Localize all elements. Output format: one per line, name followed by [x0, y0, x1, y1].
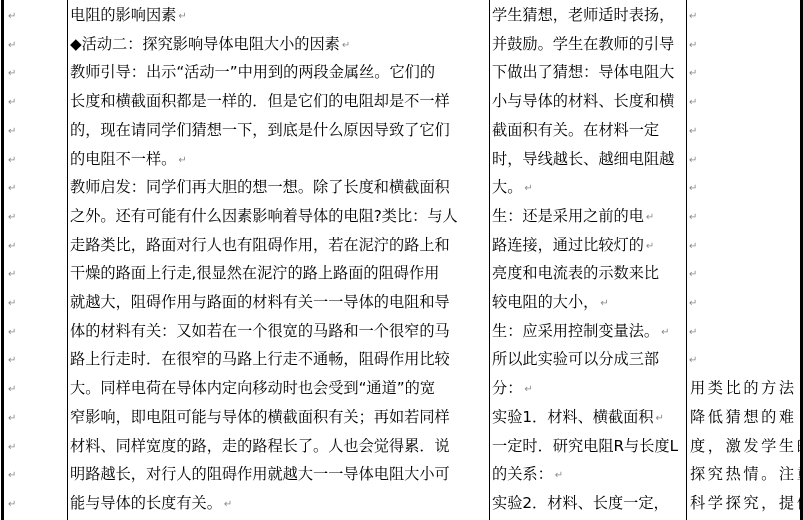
teaching-process-text: 体的材料有关：又如若在一个很宽的马路和一个很窄的马	[70, 322, 450, 340]
paragraph-return-mark-icon: ↵	[646, 241, 654, 252]
teaching-process-line: 教师引导：出示“活动一”中用到的两段金属丝。它们的	[70, 58, 435, 86]
paragraph-return-mark-icon: ↵	[646, 212, 654, 223]
student-activity-line: 并鼓励。学生在教师的引导	[492, 30, 674, 58]
teaching-process-line: 长度和横截面积都是一样的．但是它们的电阻却是不一样	[70, 87, 450, 115]
paragraph-return-mark-icon: ↵	[8, 212, 16, 223]
left-margin-line: ↵	[8, 374, 16, 402]
left-margin-line: ↵	[8, 87, 16, 115]
left-margin-line: ↵	[8, 288, 16, 316]
student-activity-text: 亮度和电流表的示数来比	[492, 264, 659, 282]
teaching-process-text: 材料、同样宽度的路，走的路程长了。人也会觉得累．说	[70, 437, 450, 455]
left-margin-line: ↵	[8, 317, 16, 345]
student-activity-text: 一定时．研究电阻R与长度L	[492, 437, 678, 455]
student-activity-line: 较电阻的大小，↵	[492, 288, 609, 316]
design-intent-text: 降低猜想的难	[690, 408, 797, 426]
teaching-process-text: 能与导体的长度有关。	[70, 494, 222, 512]
paragraph-return-mark-icon: ↵	[656, 413, 664, 424]
paragraph-return-mark-icon: ↵	[8, 499, 16, 510]
paragraph-return-mark-icon: ↵	[8, 442, 16, 453]
paragraph-return-mark-icon: ↵	[8, 97, 16, 108]
student-activity-text: 所以此实验可以分成三部	[492, 350, 659, 368]
teaching-process-line: 电阻的影响因素↵	[70, 1, 187, 29]
teaching-process-text: 长度和横截面积都是一样的．但是它们的电阻却是不一样	[70, 92, 450, 110]
left-margin-line: ↵	[8, 58, 16, 86]
teaching-process-line: 教师启发：同学们再大胆的想一想。除了长度和横截面积	[70, 173, 450, 201]
student-activity-line: 生：应采用控制变量法。↵	[492, 317, 669, 345]
student-activity-line: 学生猜想，老师适时表扬，	[492, 1, 674, 29]
paragraph-return-mark-icon: ↵	[600, 298, 608, 309]
left-margin-line: ↵	[8, 145, 16, 173]
paragraph-return-mark-icon: ↵	[8, 327, 16, 338]
teaching-process-text: 走路类比，路面对行人也有阻碍作用，若在泥泞的路上和	[70, 236, 450, 254]
student-activity-text: 大。	[492, 178, 522, 196]
left-margin-line: ↵	[8, 30, 16, 58]
paragraph-return-mark-icon: ↵	[555, 470, 563, 481]
student-activity-text: 分：	[492, 379, 522, 397]
paragraph-return-mark-icon: ↵	[8, 470, 16, 481]
student-activity-text: 时，导线越长、越细电阻越	[492, 150, 674, 168]
teaching-process-line: 走路类比，路面对行人也有阻碍作用，若在泥泞的路上和	[70, 231, 450, 259]
student-activity-text: 下做出了猜想：导体电阻大	[492, 63, 674, 81]
design-intent-text: 科学探究，提倡	[690, 494, 800, 512]
paragraph-return-mark-icon: ↵	[8, 126, 16, 137]
teaching-process-line: 体的材料有关：又如若在一个很宽的马路和一个很窄的马	[70, 317, 450, 345]
teaching-process-text: 明路越长，对行人的阻碍作用就越大一一导体电阻大小可	[70, 465, 450, 483]
student-activity-text: 实验2．材料、长度一定，	[492, 494, 669, 512]
paragraph-return-mark-icon: ↵	[178, 155, 186, 166]
teaching-process-line: 明路越长，对行人的阻碍作用就越大一一导体电阻大小可	[70, 460, 450, 488]
design-intent-line: 用类比的方法	[690, 374, 797, 402]
student-activity-line: 所以此实验可以分成三部	[492, 345, 659, 373]
left-margin-line: ↵	[8, 173, 16, 201]
left-margin-line: ↵	[8, 489, 16, 517]
teaching-process-text: 干燥的路面上行走,很显然在泥泞的路上路面的阻碍作用	[70, 264, 439, 282]
paragraph-return-mark-icon: ↵	[524, 183, 532, 194]
teaching-process-line: 干燥的路面上行走,很显然在泥泞的路上路面的阻碍作用	[70, 259, 439, 287]
paragraph-return-mark-icon: ↵	[8, 298, 16, 309]
paragraph-return-mark-icon: ↵	[8, 241, 16, 252]
student-activity-line: 截面积有关。在材料一定	[492, 116, 659, 144]
student-activity-text: 小与导体的材料、长度和横	[492, 92, 674, 110]
paragraph-return-mark-icon: ↵	[8, 413, 16, 424]
student-activity-text: 截面积有关。在材料一定	[492, 121, 659, 139]
design-intent-line: 科学探究，提倡	[690, 489, 800, 517]
left-margin-column: ↵↵↵↵↵↵↵↵↵↵↵↵↵↵↵↵↵↵	[4, 0, 66, 520]
student-activity-text: 学生猜想，老师适时表扬，	[492, 6, 674, 24]
left-margin-line: ↵	[8, 202, 16, 230]
teaching-process-text: 大。同样电荷在导体内定向移动时也会受到“通道”的宽	[70, 379, 435, 397]
teaching-process-line: 材料、同样宽度的路，走的路程长了。人也会觉得累．说	[70, 432, 450, 460]
student-activity-line: 的关系：↵	[492, 460, 563, 488]
teaching-process-text: 就越大，阻碍作用与路面的材料有关一一导体的电阻和导	[70, 293, 450, 311]
left-margin-line: ↵	[8, 116, 16, 144]
design-intent-column: 用类比的方法降低猜想的难度，激发学生的探究热情。注重科学探究，提倡	[687, 0, 800, 520]
teaching-process-text: 教师启发：同学们再大胆的想一想。除了长度和横截面积	[70, 178, 450, 196]
paragraph-return-mark-icon: ↵	[342, 40, 350, 51]
left-margin-line: ↵	[8, 432, 16, 460]
left-margin-line: ↵	[8, 259, 16, 287]
teaching-process-line: 窄影响，即电阻可能与导体的横截面积有关；再如若同样	[70, 403, 450, 431]
teaching-process-column: 电阻的影响因素↵◆活动二：探究影响导体电阻大小的因素↵教师引导：出示“活动一”中…	[68, 0, 489, 520]
left-margin-line: ↵	[8, 231, 16, 259]
student-activity-line: 分：↵	[492, 374, 533, 402]
student-activity-line: 小与导体的材料、长度和横	[492, 87, 674, 115]
teaching-process-line: 能与导体的长度有关。↵	[70, 489, 232, 517]
paragraph-return-mark-icon: ↵	[8, 155, 16, 166]
paragraph-return-mark-icon: ↵	[8, 11, 16, 22]
paragraph-return-mark-icon: ↵	[8, 269, 16, 280]
teaching-process-line: 路上行走时．在很窄的马路上行走不通畅，阻碍作用比较	[70, 345, 450, 373]
paragraph-return-mark-icon: ↵	[8, 384, 16, 395]
teaching-process-text: 之外。还有可能有什么因素影响着导体的电阻?类比：与人	[70, 207, 458, 225]
design-intent-text: 探究热情。注重	[690, 465, 800, 483]
student-activity-column: 学生猜想，老师适时表扬，并鼓励。学生在教师的引导下做出了猜想：导体电阻大小与导体…	[490, 0, 686, 520]
student-activity-text: 实验1．材料、横截面积	[492, 408, 654, 426]
paragraph-return-mark-icon: ↵	[8, 355, 16, 366]
paragraph-return-mark-icon: ↵	[524, 384, 532, 395]
teaching-process-line: 之外。还有可能有什么因素影响着导体的电阻?类比：与人	[70, 202, 458, 230]
paragraph-return-mark-icon: ↵	[8, 40, 16, 51]
student-activity-line: 一定时．研究电阻R与长度L	[492, 432, 678, 460]
student-activity-line: 时，导线越长、越细电阻越	[492, 145, 674, 173]
student-activity-line: 亮度和电流表的示数来比	[492, 259, 659, 287]
teaching-process-line: 的电阻不一样。↵	[70, 145, 187, 173]
teaching-process-line: ◆活动二：探究影响导体电阻大小的因素↵	[70, 30, 350, 58]
student-activity-text: 的关系：	[492, 465, 553, 483]
student-activity-text: 并鼓励。学生在教师的引导	[492, 35, 674, 53]
teaching-process-line: 就越大，阻碍作用与路面的材料有关一一导体的电阻和导	[70, 288, 450, 316]
student-activity-line: 实验2．材料、长度一定，	[492, 489, 669, 517]
student-activity-text: 生：应采用控制变量法。	[492, 322, 659, 340]
teaching-process-text: 的，现在请同学们猜想一下，到底是什么原因导致了它们	[70, 121, 450, 139]
paragraph-return-mark-icon: ↵	[178, 11, 186, 22]
student-activity-text: 路连接，通过比较灯的	[492, 236, 644, 254]
teaching-process-text: 窄影响，即电阻可能与导体的横截面积有关；再如若同样	[70, 408, 450, 426]
paragraph-return-mark-icon: ↵	[224, 499, 232, 510]
student-activity-line: 生：还是采用之前的电↵	[492, 202, 654, 230]
paragraph-return-mark-icon: ↵	[8, 183, 16, 194]
design-intent-text: 用类比的方法	[690, 379, 797, 397]
teaching-process-text: 教师引导：出示“活动一”中用到的两段金属丝。它们的	[70, 63, 435, 81]
design-intent-line: 降低猜想的难	[690, 403, 797, 431]
student-activity-line: 实验1．材料、横截面积↵	[492, 403, 664, 431]
student-activity-text: 较电阻的大小，	[492, 293, 598, 311]
left-margin-line: ↵	[8, 460, 16, 488]
student-activity-line: 下做出了猜想：导体电阻大	[492, 58, 674, 86]
design-intent-line: 度，激发学生的	[690, 432, 800, 460]
teaching-process-line: 的，现在请同学们猜想一下，到底是什么原因导致了它们	[70, 116, 450, 144]
left-margin-line: ↵	[8, 1, 16, 29]
design-intent-line: 探究热情。注重	[690, 460, 800, 488]
paragraph-return-mark-icon: ↵	[661, 327, 669, 338]
teaching-process-text: ◆活动二：探究影响导体电阻大小的因素	[70, 35, 340, 53]
teaching-process-text: 的电阻不一样。	[70, 150, 176, 168]
student-activity-text: 生：还是采用之前的电	[492, 207, 644, 225]
teaching-process-line: 大。同样电荷在导体内定向移动时也会受到“通道”的宽	[70, 374, 435, 402]
left-margin-line: ↵	[8, 345, 16, 373]
student-activity-line: 大。↵	[492, 173, 533, 201]
left-margin-line: ↵	[8, 403, 16, 431]
paragraph-return-mark-icon: ↵	[8, 68, 16, 79]
teaching-process-text: 路上行走时．在很窄的马路上行走不通畅，阻碍作用比较	[70, 350, 450, 368]
design-intent-text: 度，激发学生的	[690, 437, 800, 455]
student-activity-line: 路连接，通过比较灯的↵	[492, 231, 654, 259]
teaching-process-text: 电阻的影响因素	[70, 6, 176, 24]
document-page: ↵↵↵↵↵↵↵↵↵↵↵↵↵↵↵↵↵↵ 电阻的影响因素↵◆活动二：探究影响导体电阻…	[0, 0, 803, 520]
